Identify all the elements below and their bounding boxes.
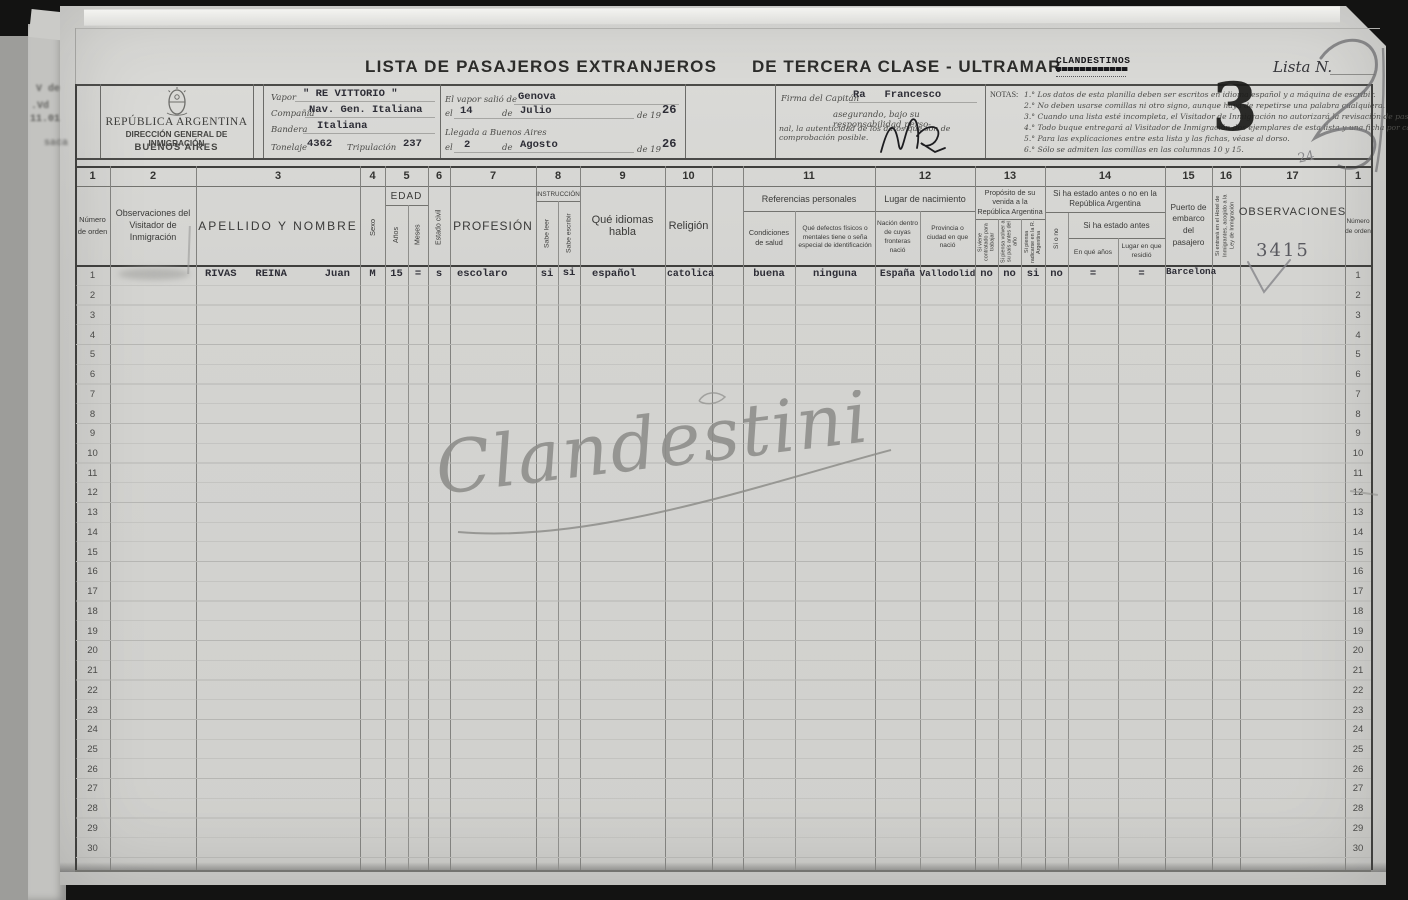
row-number: 24 xyxy=(75,720,110,740)
header-estado-civil: Estado civil xyxy=(428,192,450,262)
row-number: 16 xyxy=(75,562,110,582)
col-number: 10 xyxy=(665,166,712,186)
row-number: 17 xyxy=(1345,582,1371,602)
handwritten-clandestini: Clandestini xyxy=(433,390,908,548)
col-number: 7 xyxy=(450,166,536,186)
header-edad: EDAD xyxy=(385,188,428,204)
clandestinos-stamp-dots xyxy=(1056,74,1126,77)
col-number: 4 xyxy=(360,166,385,186)
header-box-line xyxy=(685,84,686,158)
estado-antes-sub-underline xyxy=(1068,238,1165,239)
row-number: 6 xyxy=(1345,365,1371,385)
tonelaje-value: 4362 xyxy=(307,138,332,150)
bleed-through-text: V de xyxy=(36,84,60,95)
header-box-line xyxy=(253,84,254,158)
row-number: 13 xyxy=(75,503,110,523)
row-number: 21 xyxy=(75,661,110,681)
row1-p1: no xyxy=(975,268,998,280)
header-sabe-escribir: Sabe escribir xyxy=(558,203,580,263)
row-number: 5 xyxy=(75,345,110,365)
header-anos: Años xyxy=(385,207,408,263)
row1-age-years: 15 xyxy=(385,268,408,280)
row-number: 7 xyxy=(1345,384,1371,404)
header-proposito-sub1: Si viene contratado para trabajar xyxy=(975,220,998,264)
row-number: 28 xyxy=(75,799,110,819)
col-number: 16 xyxy=(1212,166,1240,186)
row-number: 11 xyxy=(75,463,110,483)
header-proposito-sub3: Si piensa radicarse en la R. Argentina xyxy=(1021,220,1045,264)
row-number: 15 xyxy=(75,542,110,562)
row-number: 22 xyxy=(75,680,110,700)
header-apellido-nombre: APELLIDO Y NOMBRE xyxy=(198,186,358,265)
order-number-column-right: 1234567891011121314151617181920212223242… xyxy=(1345,266,1371,858)
erased-pencil-smudge xyxy=(118,268,190,280)
scanned-document-photo: V de .Vd 11.01 saca LISTA DE PASAJEROS E… xyxy=(0,0,1408,900)
tripulacion-value: 237 xyxy=(403,138,422,150)
col-number: 5 xyxy=(385,166,428,186)
header-provincia: Provincia o ciudad en que nació xyxy=(921,214,974,262)
header-hotel-inmigrantes: Si entrará en el Hotel de Inmigrantes, a… xyxy=(1213,189,1239,262)
row-number: 2 xyxy=(75,286,110,306)
row1-religion: catolica xyxy=(667,268,714,279)
col-number: 12 xyxy=(875,166,975,186)
row-number: 12 xyxy=(75,483,110,503)
page-title-left: LISTA DE PASAJEROS EXTRANJEROS xyxy=(365,57,717,77)
pencil-squiggle xyxy=(697,388,729,408)
col-number: 1 xyxy=(75,166,110,186)
row1-reads: si xyxy=(536,268,558,280)
row-number: 23 xyxy=(75,700,110,720)
page-top-edge xyxy=(84,6,1340,25)
row-number: 26 xyxy=(75,759,110,779)
row-number: 18 xyxy=(1345,601,1371,621)
rule xyxy=(454,152,634,153)
row1-age-months: = xyxy=(408,268,428,280)
row-number: 15 xyxy=(1345,542,1371,562)
captain-box: Firma del Capitán Ra Francesco asegurand… xyxy=(775,84,985,158)
header-estado-antes: Si ha estado antes o no en la República … xyxy=(1047,188,1163,210)
row-number: 8 xyxy=(1345,404,1371,424)
col-number: 9 xyxy=(580,166,665,186)
header-referencias: Referencias personales xyxy=(743,190,875,208)
row1-profession: escolaro xyxy=(457,268,507,280)
row-number: 4 xyxy=(75,325,110,345)
row-number: 13 xyxy=(1345,503,1371,523)
col-number: 15 xyxy=(1165,166,1212,186)
order-number-column-left: 1234567891011121314151617181920212223242… xyxy=(75,266,110,858)
rule xyxy=(295,101,435,102)
bleed-through-text: 11.01 xyxy=(30,114,60,125)
header-en-que-anos: En qué años xyxy=(1068,240,1118,264)
row1-defects: ninguna xyxy=(795,268,875,280)
header-box-line xyxy=(100,84,101,158)
row-number: 18 xyxy=(75,601,110,621)
tripulacion-label: Tripulación xyxy=(347,143,396,153)
row1-port: Barcelona xyxy=(1166,266,1216,277)
header-lugar-residio: Lugar en que residió xyxy=(1118,240,1165,264)
el-label: el xyxy=(445,143,453,153)
row-number: 20 xyxy=(1345,641,1371,661)
vapor-value: " RE VITTORIO " xyxy=(303,88,398,100)
arrival-label: Llegada a Buenos Aires xyxy=(445,128,547,138)
row-number: 22 xyxy=(1345,680,1371,700)
row-number: 21 xyxy=(1345,661,1371,681)
table-right-border xyxy=(1371,84,1373,870)
row-lines xyxy=(76,266,1371,858)
bleed-through-text: saca xyxy=(44,138,68,149)
col-number: 6 xyxy=(428,166,450,186)
pencil-check-mark xyxy=(1244,258,1294,298)
row-number: 9 xyxy=(75,424,110,444)
clandestinos-stamp: CLANDESTINOS xyxy=(1056,55,1130,77)
rule xyxy=(303,133,435,134)
departure-label: El vapor salió de xyxy=(445,95,517,105)
vapor-label: Vapor xyxy=(271,93,296,103)
arrival-year: 26 xyxy=(662,137,676,151)
row1-nation: España xyxy=(875,268,920,279)
row-number: 23 xyxy=(1345,700,1371,720)
row-number: 17 xyxy=(75,582,110,602)
page-top-rule xyxy=(75,28,1380,29)
row1-before-years: = xyxy=(1068,268,1118,280)
row-number: 4 xyxy=(1345,325,1371,345)
row-number: 8 xyxy=(75,404,110,424)
header-lugar-nacimiento: Lugar de nacimiento xyxy=(875,190,975,208)
row-number: 25 xyxy=(75,740,110,760)
lugar-underline xyxy=(875,211,975,212)
row-number: 1 xyxy=(1345,266,1371,286)
left-margin-rule xyxy=(75,28,76,84)
row-number: 6 xyxy=(75,365,110,385)
agency-country: REPÚBLICA ARGENTINA xyxy=(100,116,253,128)
row1-p2: no xyxy=(998,268,1021,280)
voyage-box: El vapor salió de Genova el 14 de Julio … xyxy=(440,84,685,158)
header-box-line xyxy=(775,84,776,158)
row1-name: RIVAS REINA Juan xyxy=(205,268,350,280)
captain-label: Firma del Capitán xyxy=(781,94,859,104)
header-nacion: Nación dentro de cuyas fronteras nació xyxy=(876,214,919,262)
row-number: 9 xyxy=(1345,424,1371,444)
departure-port: Genova xyxy=(518,91,556,103)
page-title-right: DE TERCERA CLASE - ULTRAMAR xyxy=(752,57,1061,77)
clandestinos-stamp-text: CLANDESTINOS xyxy=(1056,55,1130,66)
arrival-month: Agosto xyxy=(520,139,558,151)
header-instruccion: INSTRUCCIÓN xyxy=(536,189,580,200)
row-number: 30 xyxy=(1345,838,1371,858)
row-number: 27 xyxy=(75,779,110,799)
nota-item: 6.° Sólo se admiten las comillas en las … xyxy=(1024,145,1244,154)
row-number: 16 xyxy=(1345,562,1371,582)
el-label: el xyxy=(445,109,453,119)
row1-languages: español xyxy=(592,268,636,280)
rule xyxy=(454,118,634,119)
header-religion: Religión xyxy=(665,186,712,265)
col-number: 13 xyxy=(975,166,1045,186)
agency-city: BUENOS AIRES xyxy=(100,142,253,153)
row-number: 11 xyxy=(1345,463,1371,483)
header-meses: Meses xyxy=(408,207,428,263)
row-number: 3 xyxy=(1345,305,1371,325)
header-box-line xyxy=(985,84,986,158)
header-defectos: Qué defectos físicos o mentales tiene o … xyxy=(797,212,873,264)
compania-value: Nav. Gen. Italiana xyxy=(309,104,422,116)
row1-writes: si xyxy=(558,267,580,279)
row1-been-before: no xyxy=(1045,268,1068,280)
ship-box: Vapor " RE VITTORIO " Compañía Nav. Gen.… xyxy=(265,84,440,158)
bleed-through-text: .Vd xyxy=(31,101,49,112)
rule xyxy=(305,117,435,118)
edad-underline xyxy=(385,205,428,206)
header-box-line xyxy=(440,84,441,158)
row1-province: Vallodolid xyxy=(918,268,977,279)
row-number: 3 xyxy=(75,305,110,325)
row-number: 24 xyxy=(1345,720,1371,740)
col-number: 8 xyxy=(536,166,580,186)
header-proposito-sub2: Si piensa volver a su país antes del año xyxy=(998,220,1021,264)
captain-name: Ra Francesco xyxy=(853,89,941,101)
row-number: 14 xyxy=(1345,523,1371,543)
estado-antes-underline xyxy=(1045,212,1165,213)
row-number: 10 xyxy=(1345,444,1371,464)
argentina-coat-of-arms-icon xyxy=(163,87,191,117)
header-observaciones: OBSERVACIONES xyxy=(1240,198,1345,226)
header-sexo: Sexo xyxy=(360,192,385,262)
notas-label: NOTAS: xyxy=(990,90,1018,99)
header-proposito: Propósito de su venida a la República Ar… xyxy=(976,187,1044,217)
row-number: 2 xyxy=(1345,286,1371,306)
tonelaje-label: Tonelaje xyxy=(271,143,307,153)
row-number: 1 xyxy=(75,266,110,286)
header-observaciones-visitador: Observaciones del Visitador de Inmigraci… xyxy=(112,192,194,258)
row-number: 25 xyxy=(1345,740,1371,760)
header-profesion: PROFESIÓN xyxy=(450,186,536,265)
row1-health: buena xyxy=(743,268,795,280)
de19-label: de 19 xyxy=(637,111,661,121)
row-number: 14 xyxy=(75,523,110,543)
header-puerto-embarco: Puerto de embarco del pasajero xyxy=(1166,192,1211,258)
row-number: 27 xyxy=(1345,779,1371,799)
row-number: 19 xyxy=(75,621,110,641)
row1-p3: si xyxy=(1021,268,1045,280)
row1-before-place: = xyxy=(1118,268,1165,280)
row-number: 26 xyxy=(1345,759,1371,779)
row-number: 5 xyxy=(1345,345,1371,365)
bandera-label: Bandera xyxy=(271,125,307,135)
col-number: 1 xyxy=(1345,166,1371,186)
header-condiciones-salud: Condiciones de salud xyxy=(745,214,793,262)
header-box-line xyxy=(263,84,264,158)
col-number: 11 xyxy=(743,166,875,186)
col-number: 17 xyxy=(1240,166,1345,186)
row-number: 30 xyxy=(75,838,110,858)
row-number: 29 xyxy=(75,819,110,839)
de19-label: de 19 xyxy=(637,145,661,155)
row-number: 28 xyxy=(1345,799,1371,819)
departure-day: 14 xyxy=(460,105,473,117)
table-bottom-line xyxy=(75,870,1371,872)
band-bottom-line xyxy=(75,158,1371,160)
header-sabe-leer: Sabe leer xyxy=(536,203,558,263)
row-number: 19 xyxy=(1345,621,1371,641)
row-number: 20 xyxy=(75,641,110,661)
row-number: 7 xyxy=(75,384,110,404)
row-number: 29 xyxy=(1345,819,1371,839)
row1-civil-status: s xyxy=(428,268,450,280)
col-number: 14 xyxy=(1045,166,1165,186)
departure-year: 26 xyxy=(662,103,676,117)
captain-signature xyxy=(873,110,968,158)
header-si-ha-estado-antes: Si ha estado antes xyxy=(1068,216,1165,234)
col-number: 3 xyxy=(196,166,360,186)
col-number: 2 xyxy=(110,166,196,186)
page-number-stamp: 3 xyxy=(1212,74,1258,140)
bandera-value: Italiana xyxy=(317,120,367,132)
handwritten-clandestini-text: Clandestini xyxy=(433,390,874,511)
header-numero-orden-right: Número de orden xyxy=(1345,192,1371,262)
row-number: 10 xyxy=(75,444,110,464)
clandestinos-stamp-bar xyxy=(1056,67,1128,71)
header-idiomas: Qué idiomas habla xyxy=(580,186,665,265)
arrival-day: 2 xyxy=(464,139,470,151)
header-numero-orden: Número de orden xyxy=(75,188,110,263)
header-si-o-no: Sí o no xyxy=(1045,214,1068,264)
agency-box: REPÚBLICA ARGENTINA DIRECCIÓN GENERAL DE… xyxy=(100,84,253,158)
rule xyxy=(849,102,977,103)
row1-sex: M xyxy=(360,268,385,280)
departure-month: Julio xyxy=(520,105,552,117)
